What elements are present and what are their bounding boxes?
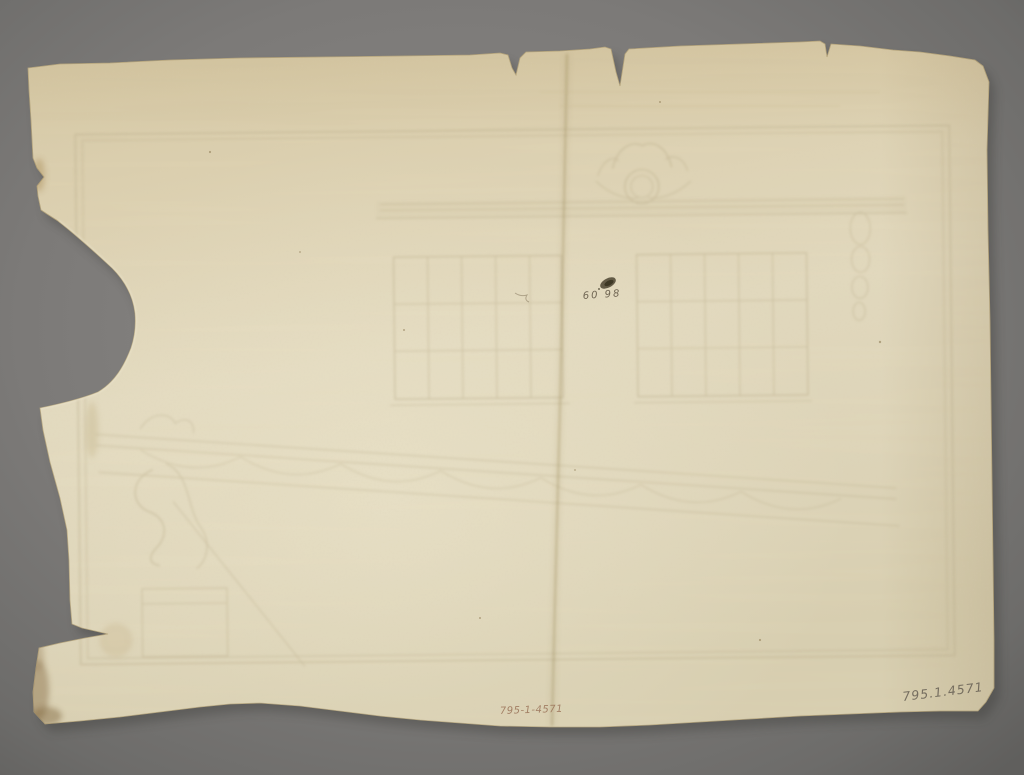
photo-of-drawing-verso: 60 98 795-1-4571 795.1.4571 (0, 0, 1024, 775)
paper-grain-texture (0, 0, 1024, 775)
scene-canvas: 60 98 795-1-4571 795.1.4571 (0, 0, 1024, 775)
paper-surface (0, 0, 1024, 775)
accession-number-center: 795-1-4571 (500, 704, 563, 717)
